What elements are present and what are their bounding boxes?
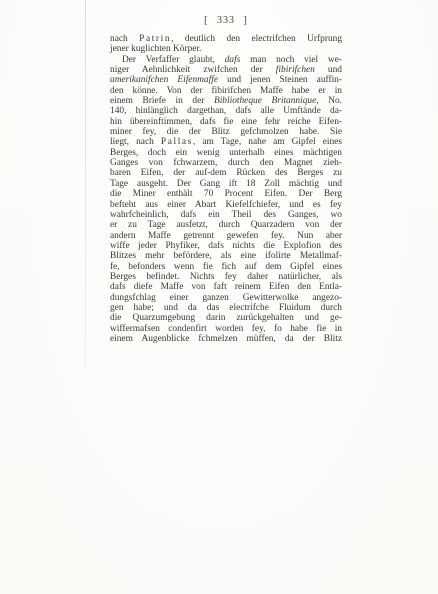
body-text: Berges befindet. Nichts fey daher natürl…	[110, 272, 342, 282]
body-text: niger Aehnlichkeit zwifchen der	[110, 65, 276, 75]
body-text: Ganges von fchwarzem, durch den Magnet z…	[110, 158, 342, 168]
text-line: liegt, nach Pallas, am Tage, nahe am Gip…	[110, 137, 342, 147]
page-edge-shadow	[85, 0, 86, 368]
body-text: Tage ausgeht. Der Gang ift 18 Zoll mächt…	[110, 179, 342, 189]
body-text: man noch viel we-	[240, 55, 342, 65]
text-line: einem Briefe in der Bibliotheque Britann…	[110, 96, 342, 106]
text-line: nach Patrin, deutlich den electrifchen U…	[110, 34, 342, 44]
text-line: amerikanifchen Eifenmaffe und jenen Stei…	[110, 75, 342, 85]
italic-text: dafs	[225, 55, 241, 65]
text-line: fe, befonders wenn fie fich auf dem Gipf…	[110, 262, 342, 272]
body-text: miner fey, die der Blitz gefchmolzen hab…	[110, 127, 342, 137]
body-text: , No.	[316, 96, 342, 106]
text-line: Berges befindet. Nichts fey daher natürl…	[110, 272, 342, 282]
text-line: einem Augenblicke fchmelzen müffen, da d…	[110, 334, 342, 344]
body-text: wiffe jeder Phyfiker, dafs nichts die Ex…	[110, 241, 342, 251]
text-line: befteht aus einer Abart Kiefelfchiefer, …	[110, 200, 342, 210]
body-text: dafs diefe Maffe von faft reinem Eifen d…	[110, 282, 342, 292]
text-line: miner fey, die der Blitz gefchmolzen hab…	[110, 127, 342, 137]
italic-text: fibirifchen	[276, 65, 315, 75]
body-text: wiffermafsen condenfirt worden fey, fo h…	[110, 324, 342, 334]
body-text: gen habe; und da das electrifche Fluidum…	[110, 303, 342, 313]
text-line: dungsfchlag einer ganzen Gewitterwolke a…	[110, 293, 342, 303]
text-line: Tage ausgeht. Der Gang ift 18 Zoll mächt…	[110, 179, 342, 189]
text-line: hin übereinftimmen, dafs fie eine fehr r…	[110, 117, 342, 127]
text-line: die Miner enthält 70 Procent Eifen. Der …	[110, 189, 342, 199]
body-text: andern Maffe getrennt gewefen fey. Nun a…	[110, 231, 342, 241]
text-line: die Quarzumgebung darin zurückgehalten u…	[110, 313, 342, 323]
text-line: wiffermafsen condenfirt worden fey, fo h…	[110, 324, 342, 334]
text-line: niger Aehnlichkeit zwifchen der fibirifc…	[110, 65, 342, 75]
text-line: dafs diefe Maffe von faft reinem Eifen d…	[110, 282, 342, 292]
body-text: 140, hinlänglich dargethan, dafs alle Um…	[110, 106, 342, 116]
body-text: jener kuglichten Körper.	[110, 44, 201, 54]
text-line: Blitzes mehr befördere, als eine ifolirt…	[110, 251, 342, 261]
text-line: wahrfcheinlich, dafs ein Theil des Gange…	[110, 210, 342, 220]
body-text: baren Eifen, der auf-dem Rücken des Berg…	[110, 168, 342, 178]
body-text: Der Verfaffer glaubt,	[122, 55, 225, 65]
body-text: liegt, nach	[110, 137, 161, 147]
body-text: hin übereinftimmen, dafs fie eine fehr r…	[110, 117, 342, 127]
text-line: gen habe; und da das electrifche Fluidum…	[110, 303, 342, 313]
text-line: Ganges von fchwarzem, durch den Magnet z…	[110, 158, 342, 168]
text-line: Berges, doch ein wenig unterhalb eines m…	[110, 148, 342, 158]
letterspaced-name: Pallas	[161, 137, 193, 147]
body-text: Berges, doch ein wenig unterhalb eines m…	[110, 148, 342, 158]
page-number-header: [ 333 ]	[110, 15, 342, 26]
text-line: den könne. Von der fibirifchen Maffe hab…	[110, 86, 342, 96]
body-text: wahrfcheinlich, dafs ein Theil des Gange…	[110, 210, 342, 220]
text-line: wiffe jeder Phyfiker, dafs nichts die Ex…	[110, 241, 342, 251]
body-text: er zu Tage ausfetzt, durch Quarzadern vo…	[110, 220, 342, 230]
text-line: jener kuglichten Körper.	[110, 44, 342, 54]
text-line: er zu Tage ausfetzt, durch Quarzadern vo…	[110, 220, 342, 230]
body-text: dungsfchlag einer ganzen Gewitterwolke a…	[110, 293, 342, 303]
body-text: die Miner enthält 70 Procent Eifen. Der …	[110, 189, 342, 199]
text-line: andern Maffe getrennt gewefen fey. Nun a…	[110, 231, 342, 241]
body-text: einem Briefe in der	[110, 96, 214, 106]
text-line: 140, hinlänglich dargethan, dafs alle Um…	[110, 106, 342, 116]
italic-text: amerikanifchen Eifenmaffe	[110, 75, 218, 85]
text-column: [ 333 ] nach Patrin, deutlich den electr…	[110, 15, 342, 344]
body-text: die Quarzumgebung darin zurückgehalten u…	[110, 313, 342, 323]
body-text: Blitzes mehr befördere, als eine ifolirt…	[110, 251, 342, 261]
book-page-scan: [ 333 ] nach Patrin, deutlich den electr…	[0, 0, 438, 594]
letterspaced-name: Patrin	[139, 34, 171, 44]
italic-text: Bibliotheque Britannique	[214, 96, 316, 106]
body-text: befteht aus einer Abart Kiefelfchiefer, …	[110, 200, 342, 210]
body-text: einem Augenblicke fchmelzen müffen, da d…	[110, 334, 342, 344]
body-text: nach	[110, 34, 139, 44]
text-block-lines: nach Patrin, deutlich den electrifchen U…	[110, 34, 342, 344]
text-line: baren Eifen, der auf-dem Rücken des Berg…	[110, 168, 342, 178]
text-line: Der Verfaffer glaubt, dafs man noch viel…	[110, 55, 342, 65]
body-text: und	[315, 65, 342, 75]
body-text: fe, befonders wenn fie fich auf dem Gipf…	[110, 262, 342, 272]
body-text: den könne. Von der fibirifchen Maffe hab…	[110, 86, 342, 96]
body-text: , am Tage, nahe am Gipfel eines	[193, 137, 342, 147]
body-text: , deutlich den electrifchen Urfprung	[171, 34, 342, 44]
body-text: und jenen Steinen auffin-	[218, 75, 342, 85]
